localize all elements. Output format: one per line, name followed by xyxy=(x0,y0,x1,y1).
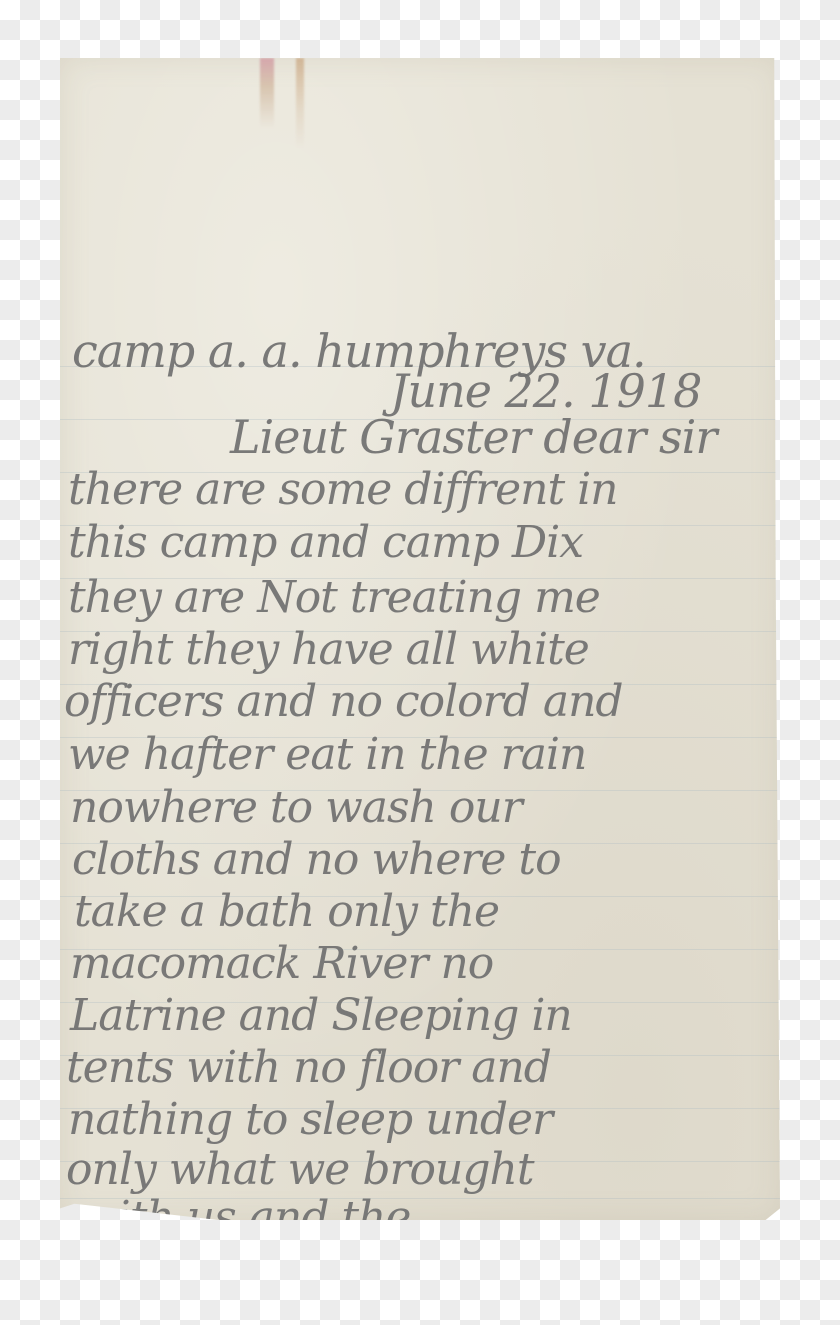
body-line: only what we brought xyxy=(66,1148,534,1192)
body-line: cloths and no where to xyxy=(72,838,561,882)
body-line: Latrine and Sleeping in xyxy=(70,994,572,1038)
body-line: macomack River no xyxy=(70,942,493,986)
body-line: this camp and camp Dix xyxy=(68,521,583,565)
body-line: nowhere to wash our xyxy=(70,786,522,830)
body-line: take a bath only the xyxy=(74,890,499,934)
body-line: we hafter eat in the rain xyxy=(68,733,586,777)
letter-page: camp a. a. humphreys va. June 22. 1918 L… xyxy=(60,58,780,1220)
body-line: they are Not treating me xyxy=(68,576,600,620)
body-line: right they have all white xyxy=(68,628,589,672)
letter-salutation: Lieut Graster dear sir xyxy=(230,414,716,460)
body-line: officers and no colord and xyxy=(64,680,623,724)
ink-stain xyxy=(260,58,274,128)
body-line: tents with no floor and xyxy=(66,1046,551,1090)
ink-stain xyxy=(296,58,304,148)
letter-date: June 22. 1918 xyxy=(390,368,701,414)
body-line: there are some diffrent in xyxy=(68,468,618,512)
body-line: with us and the xyxy=(80,1196,410,1240)
body-line: nathing to sleep under xyxy=(68,1098,552,1142)
